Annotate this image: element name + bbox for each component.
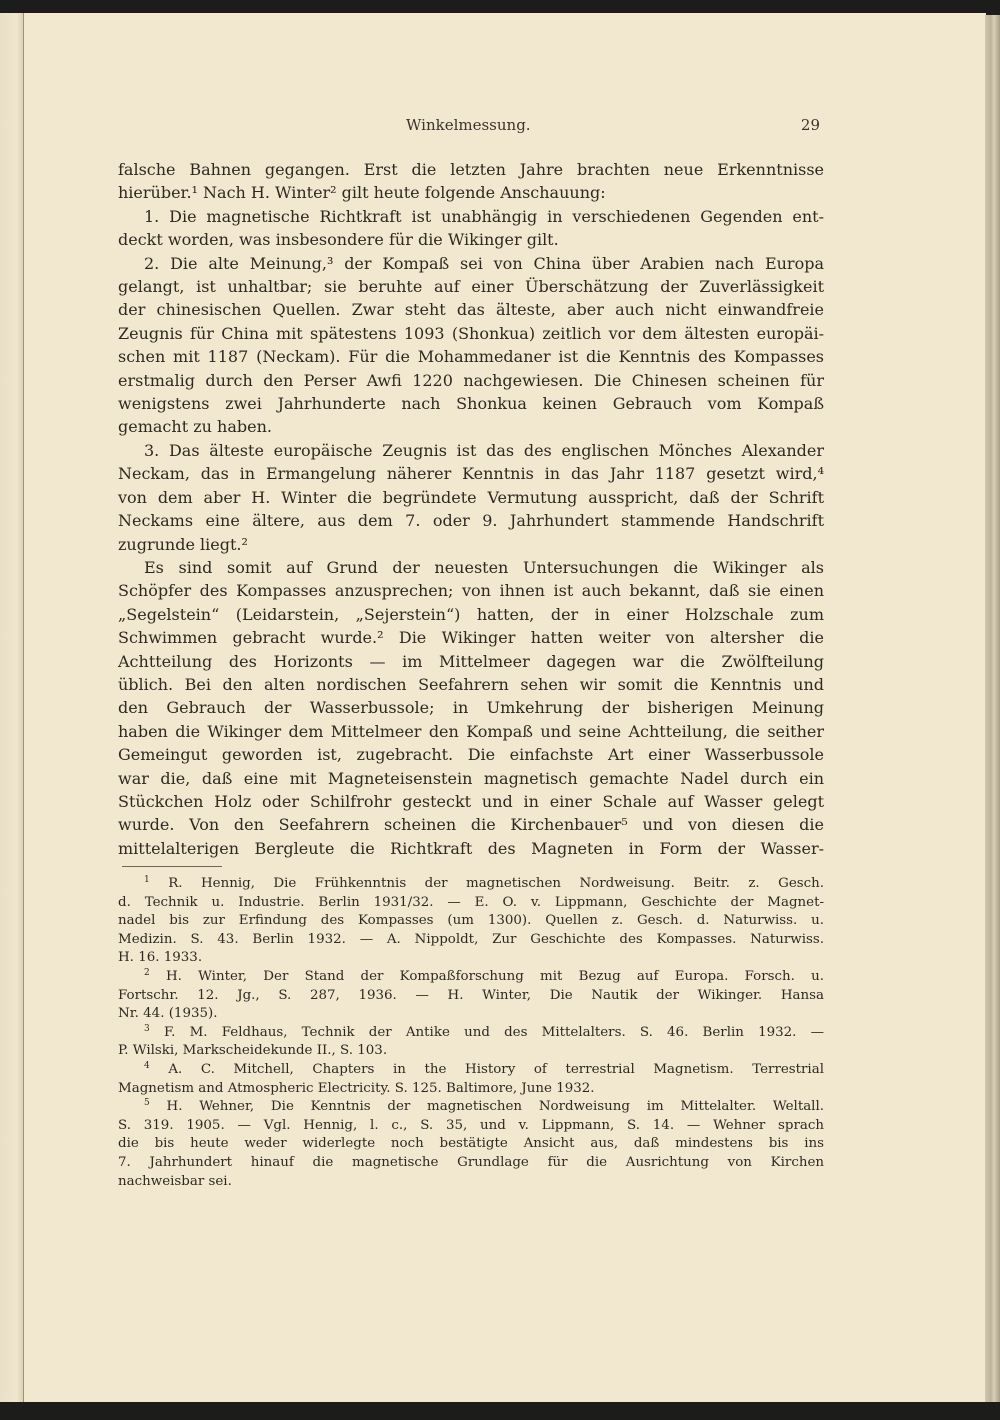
footnote-line: 4 A. C. Mitchell, Chapters in the Histor…: [118, 1061, 824, 1080]
text-line: 2. Die alte Meinung,³ der Kompaß sei von…: [118, 252, 824, 275]
text-line: Zeugnis für China mit spätestens 1093 (S…: [118, 322, 824, 345]
body-text: falsche Bahnen gegangen. Erst die letzte…: [118, 158, 824, 860]
footnote-3: 3 F. M. Feldhaus, Technik der Antike und…: [118, 1024, 824, 1061]
footnote-line: Fortschr. 12. Jg., S. 287, 1936. — H. Wi…: [118, 987, 824, 1006]
footnote-number: 5: [144, 1098, 150, 1108]
footnote-number: 1: [144, 875, 150, 885]
text-line: Neckams eine ältere, aus dem 7. oder 9. …: [118, 509, 824, 532]
text-line: den Gebrauch der Wasserbussole; in Umkeh…: [118, 696, 824, 719]
paragraph-item-2: 2. Die alte Meinung,³ der Kompaß sei von…: [118, 252, 824, 439]
footnote-4: 4 A. C. Mitchell, Chapters in the Histor…: [118, 1061, 824, 1098]
footnote-line: Medizin. S. 43. Berlin 1932. — A. Nippol…: [118, 931, 824, 950]
text-line: wurde. Von den Seefahrern scheinen die K…: [118, 813, 824, 836]
page-stack-edge: [985, 15, 1000, 1405]
footnote-line: Nr. 44. (1935).: [118, 1005, 824, 1024]
footnote-line: 7. Jahrhundert hinauf die magnetische Gr…: [118, 1154, 824, 1173]
text-line: wenigstens zwei Jahrhunderte nach Shonku…: [118, 392, 824, 415]
footnote-2: 2 H. Winter, Der Stand der Kompaßforschu…: [118, 968, 824, 1024]
text-line: Schöpfer des Kompasses anzusprechen; von…: [118, 579, 824, 602]
text-line: war die, daß eine mit Magneteisenstein m…: [118, 767, 824, 790]
footnote-line: nadel bis zur Erfindung des Kompasses (u…: [118, 912, 824, 931]
text-line: gelangt, ist unhaltbar; sie beruhte auf …: [118, 275, 824, 298]
paragraph-item-1: 1. Die magnetische Richtkraft ist unabhä…: [118, 205, 824, 252]
paragraph: Es sind somit auf Grund der neuesten Unt…: [118, 556, 824, 860]
paragraph: falsche Bahnen gegangen. Erst die letzte…: [118, 158, 824, 205]
text-line: falsche Bahnen gegangen. Erst die letzte…: [118, 158, 824, 181]
footnote-line: die bis heute weder widerlegte noch best…: [118, 1135, 824, 1154]
scan-bottom-border: [0, 1402, 1000, 1420]
footnote-number: 2: [144, 968, 150, 978]
footnote-number: 4: [144, 1061, 150, 1071]
footnote-number: 3: [144, 1024, 150, 1034]
page-number: 29: [801, 116, 820, 134]
text-line: hierüber.¹ Nach H. Winter² gilt heute fo…: [118, 181, 824, 204]
text-line: Stückchen Holz oder Schilfrohr gesteckt …: [118, 790, 824, 813]
text-line: Neckam, das in Ermangelung näherer Kennt…: [118, 462, 824, 485]
text-line: Es sind somit auf Grund der neuesten Unt…: [118, 556, 824, 579]
footnote-line: 2 H. Winter, Der Stand der Kompaßforschu…: [118, 968, 824, 987]
footnote-line: nachweisbar sei.: [118, 1173, 824, 1192]
footnote-line: P. Wilski, Markscheidekunde II., S. 103.: [118, 1042, 824, 1061]
footnote-line: 5 H. Wehner, Die Kenntnis der magnetisch…: [118, 1098, 824, 1117]
text-line: gemacht zu haben.: [118, 415, 824, 438]
text-line: der chinesischen Quellen. Zwar steht das…: [118, 298, 824, 321]
paragraph-item-3: 3. Das älteste europäische Zeugnis ist d…: [118, 439, 824, 556]
footnote-line: S. 319. 1905. — Vgl. Hennig, l. c., S. 3…: [118, 1117, 824, 1136]
text-line: Gemeingut geworden ist, zugebracht. Die …: [118, 743, 824, 766]
footnote-line: 1 R. Hennig, Die Frühkenntnis der magnet…: [118, 875, 824, 894]
scan-top-border: [0, 0, 1000, 14]
text-line: Achtteilung des Horizonts — im Mittelmee…: [118, 650, 824, 673]
text-line: mittelalterigen Bergleute die Richtkraft…: [118, 837, 824, 860]
footnote-1: 1 R. Hennig, Die Frühkenntnis der magnet…: [118, 875, 824, 968]
text-line: üblich. Bei den alten nordischen Seefahr…: [118, 673, 824, 696]
footnote-line: d. Technik u. Industrie. Berlin 1931/32.…: [118, 894, 824, 913]
text-line: haben die Wikinger dem Mittelmeer den Ko…: [118, 720, 824, 743]
text-line: Schwimmen gebracht wurde.² Die Wikinger …: [118, 626, 824, 649]
footnote-separator: [122, 866, 222, 867]
text-line: 3. Das älteste europäische Zeugnis ist d…: [118, 439, 824, 462]
running-head: Winkelmessung. 29: [118, 116, 824, 136]
text-line: schen mit 1187 (Neckam). Für die Mohamme…: [118, 345, 824, 368]
text-line: zugrunde liegt.²: [118, 533, 824, 556]
facing-page-edge: [0, 13, 24, 1405]
running-head-title: Winkelmessung.: [406, 116, 531, 134]
footnote-line: 3 F. M. Feldhaus, Technik der Antike und…: [118, 1024, 824, 1043]
text-line: erstmalig durch den Perser Awfi 1220 nac…: [118, 369, 824, 392]
footnote-5: 5 H. Wehner, Die Kenntnis der magnetisch…: [118, 1098, 824, 1191]
text-line: deckt worden, was insbesondere für die W…: [118, 228, 824, 251]
footnote-line: H. 16. 1933.: [118, 949, 824, 968]
footnote-line: Magnetism and Atmospheric Electricity. S…: [118, 1080, 824, 1099]
text-line: 1. Die magnetische Richtkraft ist unabhä…: [118, 205, 824, 228]
footnotes: 1 R. Hennig, Die Frühkenntnis der magnet…: [118, 875, 824, 1191]
text-line: von dem aber H. Winter die begründete Ve…: [118, 486, 824, 509]
text-line: „Segelstein“ (Leidarstein, „Sejerstein“)…: [118, 603, 824, 626]
